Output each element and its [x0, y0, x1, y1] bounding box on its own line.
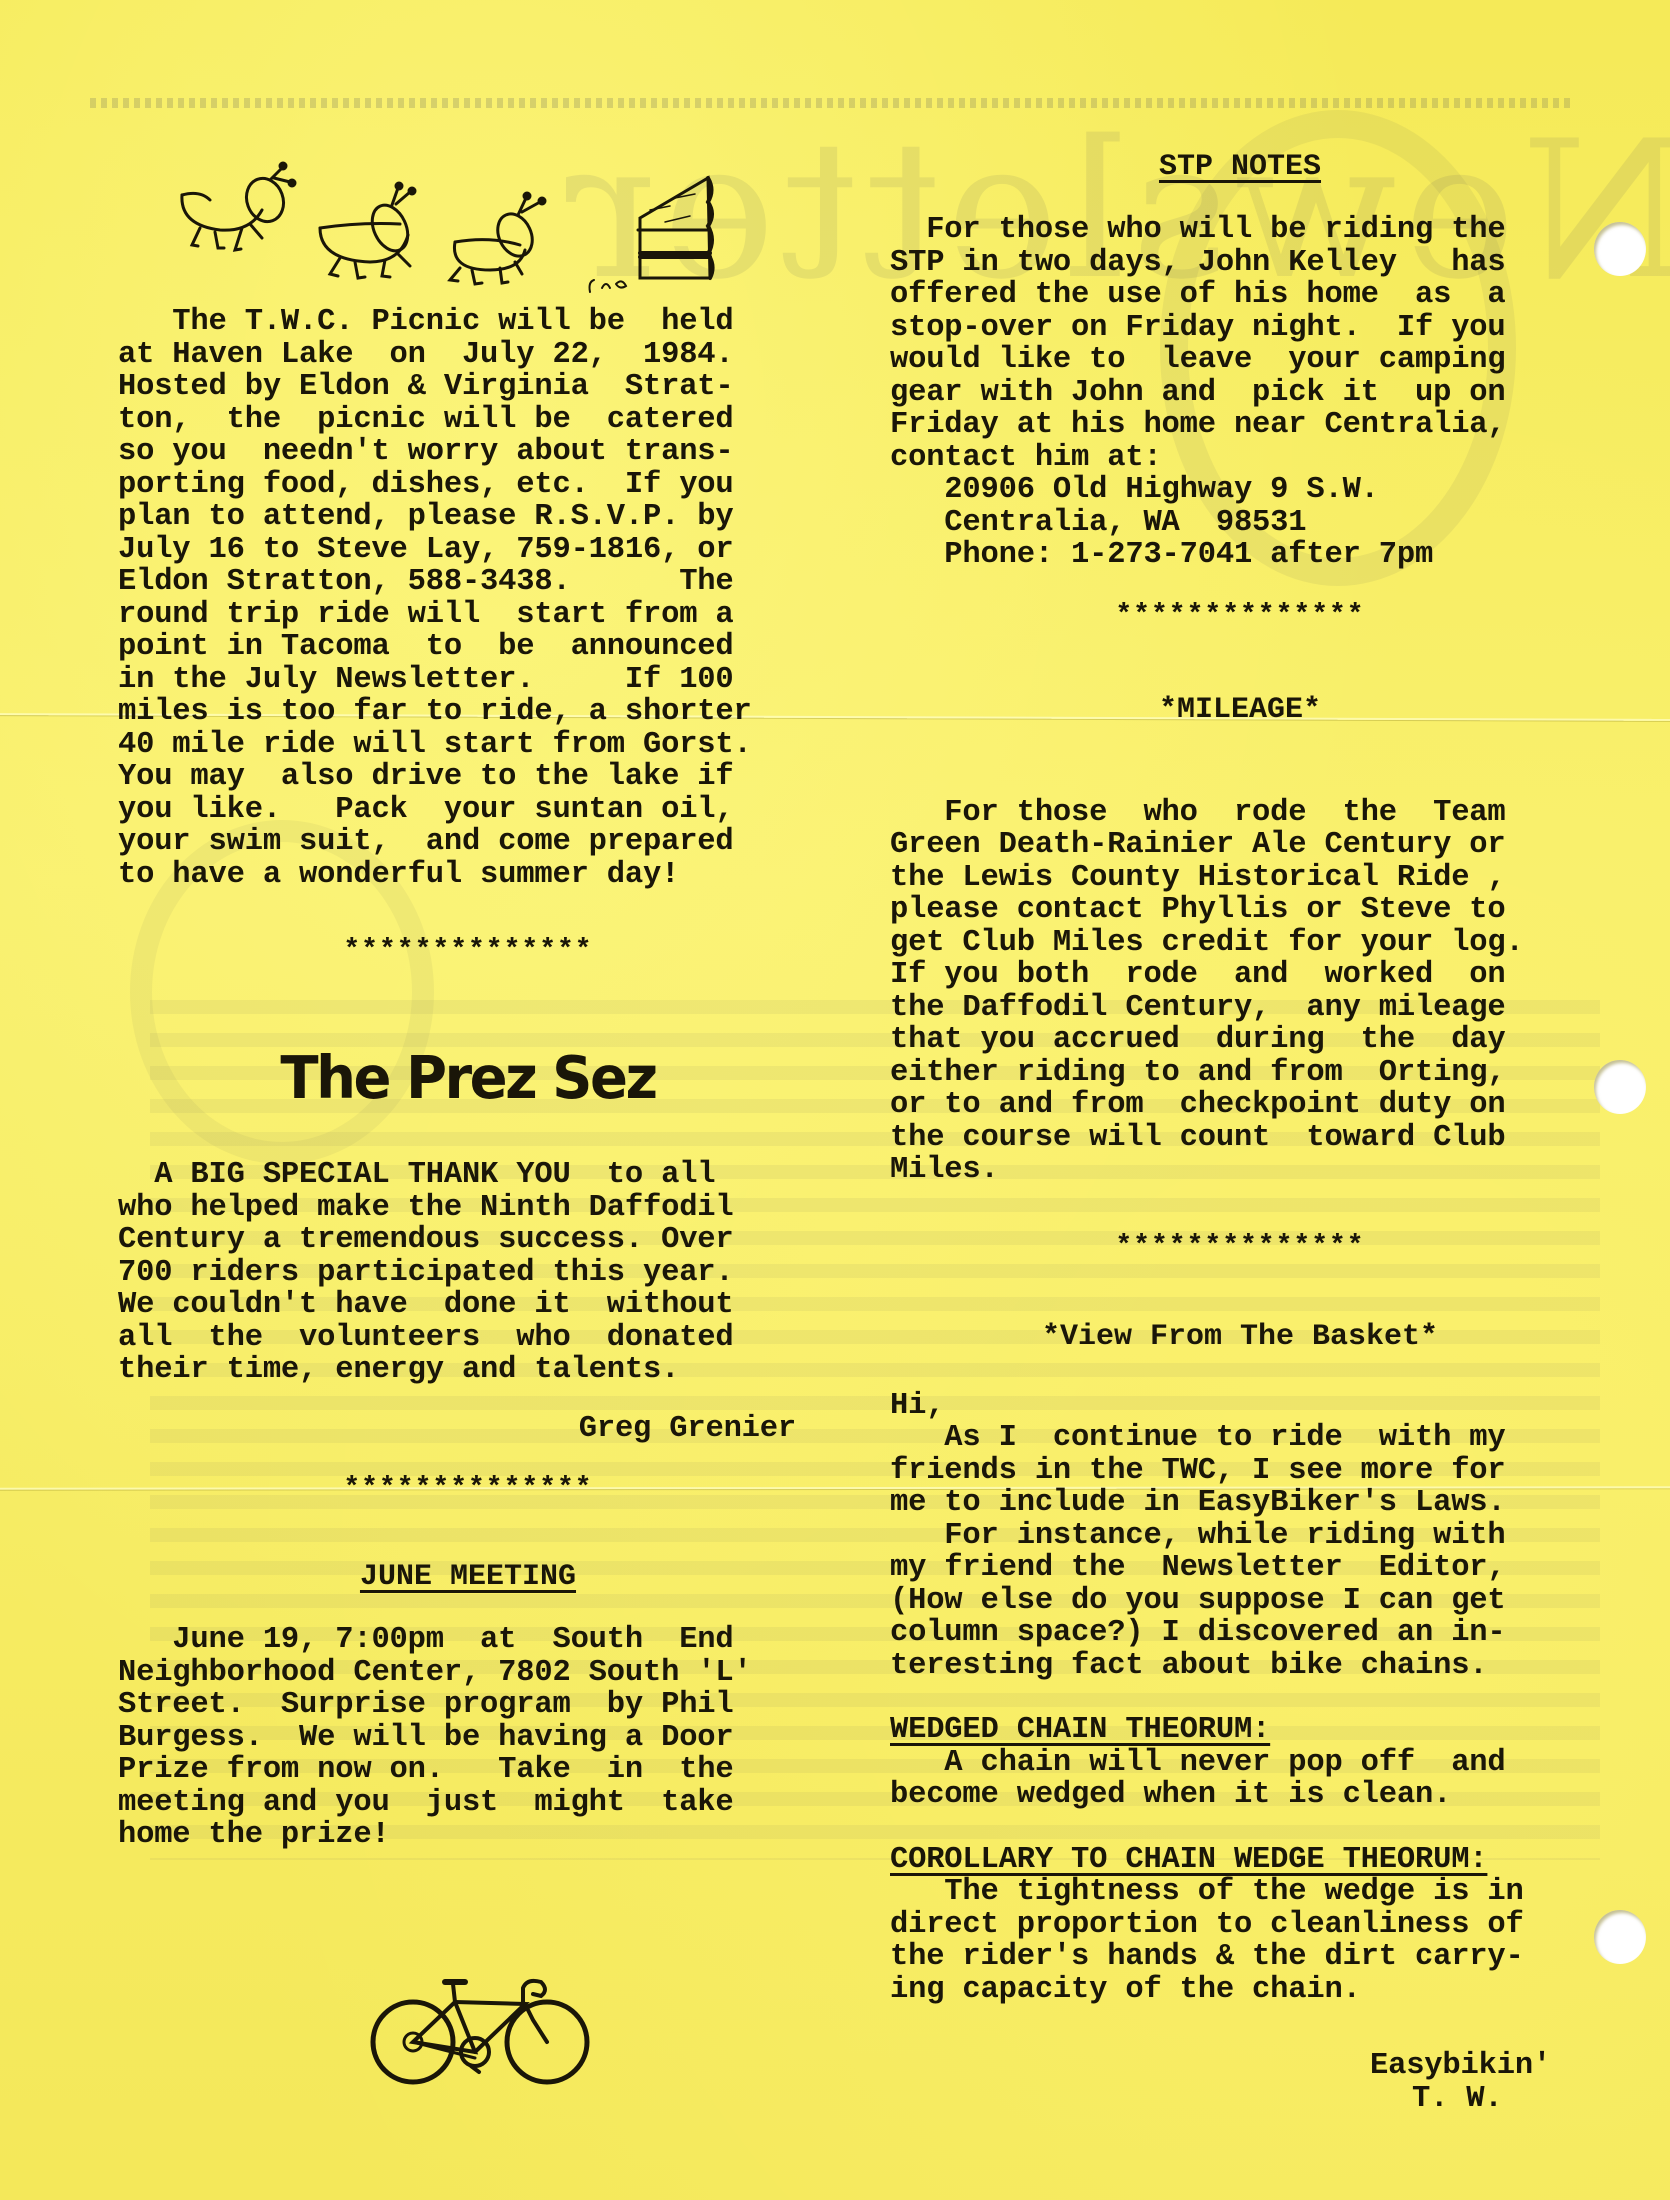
text-line: The tightness of the wedge is in [890, 1876, 1590, 1909]
june-meeting-heading: JUNE MEETING [118, 1560, 818, 1594]
text-line: get Club Miles credit for your log. [890, 927, 1590, 960]
text-line: you like. Pack your suntan oil, [118, 794, 818, 827]
text-line: Neighborhood Center, 7802 South 'L' [118, 1657, 818, 1690]
text-line: A BIG SPECIAL THANK YOU to all [118, 1159, 818, 1192]
text-line: Hosted by Eldon & Virginia Strat- [118, 371, 818, 404]
signoff-easybikin: Easybikin' [890, 2050, 1590, 2083]
text-line: the course will count toward Club [890, 1122, 1590, 1155]
text-line: STP in two days, John Kelley has [890, 247, 1590, 280]
text-line: For instance, while riding with [890, 1520, 1590, 1553]
text-line: For those who rode the Team [890, 797, 1590, 830]
text-line: plan to attend, please R.S.V.P. by [118, 501, 818, 534]
picnic-article: The T.W.C. Picnic will be heldat Haven L… [118, 306, 818, 891]
text-line: would like to leave your camping [890, 344, 1590, 377]
text-line: ing capacity of the chain. [890, 1974, 1590, 2007]
left-column: The T.W.C. Picnic will be heldat Haven L… [118, 140, 818, 1852]
prez-signature: Greg Grenier [118, 1413, 818, 1446]
text-line: You may also drive to the lake if [118, 761, 818, 794]
text-line: offered the use of his home as a [890, 279, 1590, 312]
text-line: the Daffodil Century, any mileage [890, 992, 1590, 1025]
corollary-text: The tightness of the wedge is indirect p… [890, 1876, 1590, 2006]
text-line: Burgess. We will be having a Door [118, 1722, 818, 1755]
text-line: Green Death-Rainier Ale Century or [890, 829, 1590, 862]
text-line: in the July Newsletter. If 100 [118, 664, 818, 697]
text-line: all the volunteers who donated [118, 1322, 818, 1355]
stp-notes-article: For those who will be riding theSTP in t… [890, 214, 1590, 474]
binder-hole [1594, 222, 1646, 276]
bleed-through-dotted-border [90, 98, 1570, 108]
text-line: direct proportion to cleanliness of [890, 1909, 1590, 1942]
text-line: 700 riders participated this year. [118, 1257, 818, 1290]
text-line: 20906 Old Highway 9 S.W. [890, 474, 1590, 507]
text-line: column space?) I discovered an in- [890, 1617, 1590, 1650]
text-line: who helped make the Ninth Daffodil [118, 1192, 818, 1225]
text-line: please contact Phyllis or Steve to [890, 894, 1590, 927]
text-line: ton, the picnic will be catered [118, 404, 818, 437]
view-from-basket-heading: *View From The Basket* [890, 1320, 1590, 1354]
mileage-heading: *MILEAGE* [890, 693, 1590, 727]
section-separator: ************** [118, 1473, 818, 1504]
view-from-basket-article: Hi, As I continue to ride with myfriends… [890, 1390, 1590, 1683]
text-line: the Lewis County Historical Ride , [890, 862, 1590, 895]
text-line: the rider's hands & the dirt carry- [890, 1941, 1590, 1974]
text-line: We couldn't have done it without [118, 1289, 818, 1322]
wedged-chain-theorem: A chain will never pop off andbecome wed… [890, 1747, 1590, 1812]
text-line: home the prize! [118, 1819, 818, 1852]
text-line: gear with John and pick it up on [890, 377, 1590, 410]
text-line: Century a tremendous success. Over [118, 1224, 818, 1257]
text-line: Centralia, WA 98531 [890, 507, 1590, 540]
text-line: round trip ride will start from a [118, 599, 818, 632]
text-line: so you needn't worry about trans- [118, 436, 818, 469]
text-line: (How else do you suppose I can get [890, 1585, 1590, 1618]
text-line: July 16 to Steve Lay, 759-1816, or [118, 534, 818, 567]
text-line: Prize from now on. Take in the [118, 1754, 818, 1787]
prez-sez-article: A BIG SPECIAL THANK YOU to allwho helped… [118, 1159, 818, 1387]
text-line: For those who will be riding the [890, 214, 1590, 247]
section-separator: ************** [118, 935, 818, 966]
text-line: June 19, 7:00pm at South End [118, 1624, 818, 1657]
text-line: miles is too far to ride, a shorter [118, 696, 818, 729]
text-line: porting food, dishes, etc. If you [118, 469, 818, 502]
text-line: either riding to and from Orting, [890, 1057, 1590, 1090]
text-line: A chain will never pop off and [890, 1747, 1590, 1780]
text-line: or to and from checkpoint duty on [890, 1089, 1590, 1122]
text-line: As I continue to ride with my [890, 1422, 1590, 1455]
corollary-heading: COROLLARY TO CHAIN WEDGE THEORUM: [890, 1844, 1590, 1877]
section-separator: ************** [890, 1231, 1590, 1262]
june-meeting-article: June 19, 7:00pm at South EndNeighborhood… [118, 1624, 818, 1852]
text-line: become wedged when it is clean. [890, 1779, 1590, 1812]
prez-sez-title: The Prez Sez [118, 1044, 818, 1112]
wedged-chain-theorem-heading: WEDGED CHAIN THEORUM: [890, 1714, 1590, 1747]
text-line: Hi, [890, 1390, 1590, 1423]
text-line: The T.W.C. Picnic will be held [118, 306, 818, 339]
text-line: me to include in EasyBiker's Laws. [890, 1487, 1590, 1520]
text-line: stop-over on Friday night. If you [890, 312, 1590, 345]
newsletter-page: Newsletter [0, 0, 1670, 2200]
text-line: your swim suit, and come prepared [118, 826, 818, 859]
bicycle-icon [365, 1960, 595, 2085]
stp-notes-heading: STP NOTES [890, 150, 1590, 184]
binder-hole [1594, 1060, 1646, 1114]
mileage-article: For those who rode the TeamGreen Death-R… [890, 797, 1590, 1187]
text-line: 40 mile ride will start from Gorst. [118, 729, 818, 762]
text-line: at Haven Lake on July 22, 1984. [118, 339, 818, 372]
text-line: my friend the Newsletter Editor, [890, 1552, 1590, 1585]
text-line: meeting and you just might take [118, 1787, 818, 1820]
text-line: friends in the TWC, I see more for [890, 1455, 1590, 1488]
text-line: Eldon Stratton, 588-3438. The [118, 566, 818, 599]
stp-contact-address: 20906 Old Highway 9 S.W. Centralia, WA 9… [890, 474, 1590, 572]
text-line: If you both rode and worked on [890, 959, 1590, 992]
text-line: Miles. [890, 1154, 1590, 1187]
text-line: contact him at: [890, 442, 1590, 475]
text-line: point in Tacoma to be announced [118, 631, 818, 664]
text-line: teresting fact about bike chains. [890, 1650, 1590, 1683]
signoff-initials: T. W. [890, 2083, 1590, 2116]
text-line: that you accrued during the day [890, 1024, 1590, 1057]
text-line: Street. Surprise program by Phil [118, 1689, 818, 1722]
text-line: Friday at his home near Centralia, [890, 409, 1590, 442]
text-line: Phone: 1-273-7041 after 7pm [890, 539, 1590, 572]
section-separator: ************** [890, 600, 1590, 631]
binder-hole [1594, 1910, 1646, 1964]
right-column: STP NOTES For those who will be riding t… [890, 140, 1590, 2115]
text-line: to have a wonderful summer day! [118, 859, 818, 892]
text-line: their time, energy and talents. [118, 1354, 818, 1387]
